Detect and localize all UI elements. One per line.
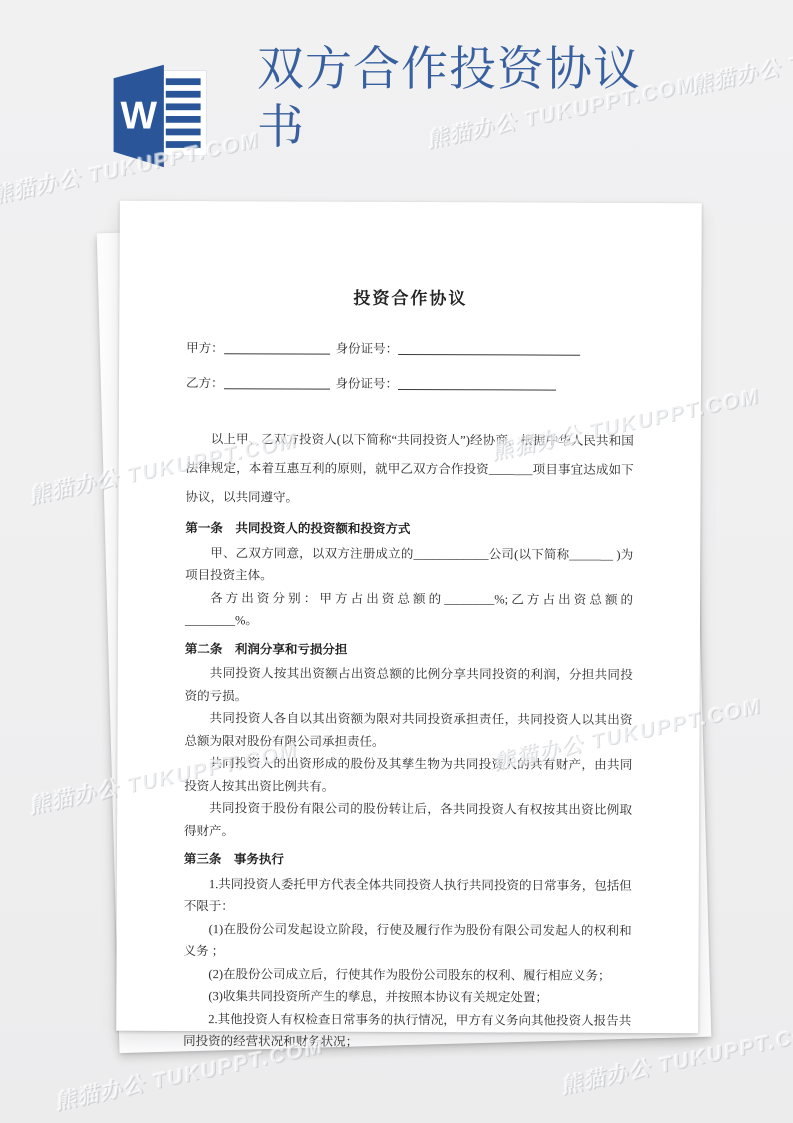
party-a-id-blank — [398, 342, 580, 356]
word-icon-letter: W — [120, 95, 157, 138]
party-a-label: 甲方： — [186, 338, 224, 356]
party-b-id-label: 身份证号： — [335, 374, 398, 392]
party-b-id-blank — [398, 377, 556, 391]
party-b-label: 乙方： — [186, 373, 224, 391]
doc-heading: 第三条 事务执行 — [184, 848, 632, 872]
party-b-name-blank — [224, 376, 330, 389]
party-a-id-label: 身份证号： — [336, 339, 399, 357]
doc-paragraph: 各方出资分别：甲方占出资总额的________%;乙方占出资总额的_______… — [185, 587, 633, 634]
page-title-line-1: 双方合作投资协议 — [257, 40, 737, 98]
doc-list-item: (1)在股份公司发起设立阶段，行使及履行作为股份有限公司发起人的权利和义务 ； — [183, 918, 631, 965]
doc-paragraph: 共同投资人各自以其出资额为限对共同投资承担责任，共同投资人以其出资总额为限对股份… — [184, 707, 632, 754]
doc-paragraph: 共同投资人按其出资额占出资总额的比例分享共同投资的利润，分担共同投资的亏损。 — [185, 662, 633, 709]
party-a-name-blank — [224, 341, 330, 354]
doc-paragraph: 共同投资于股份有限公司的股份转让后，各共同投资人有权按其出资比例取得财产。 — [184, 797, 632, 844]
doc-paragraph: 共同投资人的出资形成的股份及其孳生物为共同投资人的共有财产，由共同投资人按其出资… — [184, 752, 632, 799]
doc-paragraph: 2.其他投资人有权检查日常事务的执行情况，甲方有义务向其他投资人报告共同投资的经… — [183, 1008, 631, 1055]
header: W 双方合作投资协议 书 — [0, 0, 793, 200]
word-document-icon: W — [102, 56, 218, 176]
doc-list-item: (3)收集共同投资所产生的孳息，并按照本协议有关规定处置； — [183, 985, 631, 1009]
canvas: W 双方合作投资协议 书 投资合作协议 甲方：身份证号： 乙方：身份证号： 以上… — [0, 0, 793, 1123]
doc-list-item: (2)在股份公司成立后，行使其作为股份公司股东的权利、履行相应义务； — [183, 963, 631, 987]
doc-paragraph: 以上甲、乙双方投资人(以下简称“共同投资人”)经协商，根据中华人民共和国法律规定… — [185, 425, 633, 513]
page-title-line-2: 书 — [257, 98, 737, 156]
document-body: 以上甲、乙双方投资人(以下简称“共同投资人”)经协商，根据中华人民共和国法律规定… — [183, 425, 634, 1055]
doc-heading: 第一条 共同投资人的投资额和投资方式 — [185, 517, 633, 541]
document-page: 投资合作协议 甲方：身份证号： 乙方：身份证号： 以上甲、乙双方投资人(以下简称… — [116, 201, 702, 1034]
document-title: 投资合作协议 — [186, 283, 634, 310]
doc-paragraph: 1.共同投资人委托甲方代表全体共同投资人执行共同投资的日常事务，包括但不限于： — [184, 873, 632, 920]
doc-heading: 第二条 利润分享和亏损分担 — [185, 638, 633, 662]
party-row-yifang: 乙方：身份证号： — [186, 373, 634, 393]
party-row-jiafang: 甲方：身份证号： — [186, 338, 634, 358]
doc-paragraph: 甲、乙双方同意，以双方注册成立的____________公司(以下简称_____… — [185, 542, 633, 589]
page-title: 双方合作投资协议 书 — [257, 40, 737, 156]
